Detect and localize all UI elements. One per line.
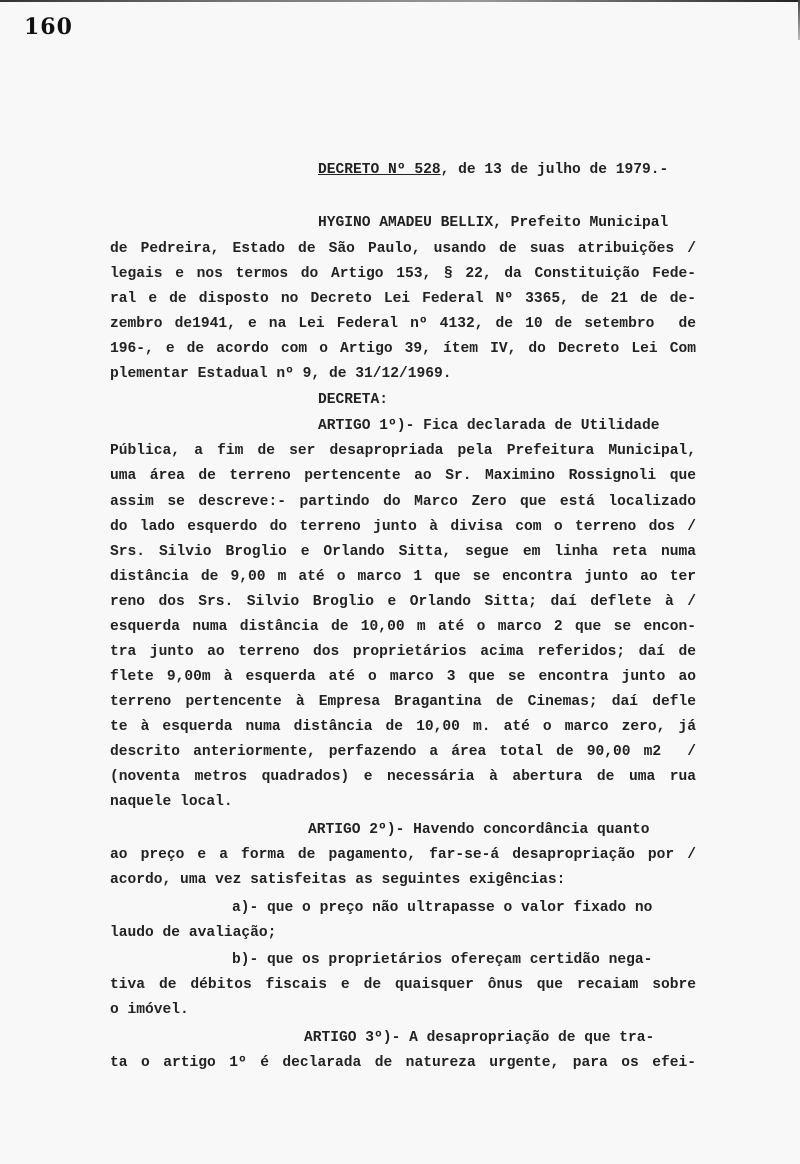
page-number: 160 [24, 14, 73, 40]
article-1-line: distância de 9,00 m até o marco 1 que se… [110, 567, 696, 587]
decree-date: , de 13 de julho de 1979.- [441, 162, 669, 178]
article-1-line: Pública, a fim de ser desapropriada pela… [110, 441, 696, 461]
preamble-line: ral e de disposto no Decreto Lei Federal… [110, 289, 696, 309]
article-1-line: uma área de terreno pertencente ao Sr. M… [110, 466, 696, 486]
preamble-line: 196-, e de acordo com o Artigo 39, ítem … [110, 339, 696, 359]
article-1-line: terreno pertencente à Empresa Bragantina… [110, 692, 696, 712]
preamble-line: HYGINO AMADEU BELLIX, Prefeito Municipal [318, 213, 668, 233]
decree-title: DECRETO Nº 528, de 13 de julho de 1979.- [318, 162, 668, 178]
article-1-line: tra junto ao terreno dos proprietários a… [110, 642, 696, 662]
article-1-line: assim se descreve:- partindo do Marco Ze… [110, 492, 696, 512]
article-2-item-b-line: o imóvel. [110, 1000, 189, 1020]
article-1-line: (noventa metros quadrados) e necessária … [110, 767, 696, 787]
preamble-line: plementar Estadual nº 9, de 31/12/1969. [110, 364, 452, 384]
article-1-line: esquerda numa distância de 10,00 m até o… [110, 617, 696, 637]
article-2-item-a-line: a)- que o preço não ultrapasse o valor f… [232, 898, 652, 918]
article-1-line: ARTIGO 1º)- Fica declarada de Utilidade [318, 416, 660, 436]
article-2-item-a-line: laudo de avaliação; [110, 923, 276, 943]
decreta-heading: DECRETA: [318, 390, 388, 410]
article-2-line: ao preço e a forma de pagamento, far-se-… [110, 845, 696, 865]
article-2-item-b-line: b)- que os proprietários ofereçam certid… [232, 950, 652, 970]
preamble-line: zembro de1941, e na Lei Federal nº 4132,… [110, 314, 696, 334]
article-3-line: ARTIGO 3º)- A desapropriação de que tra- [304, 1028, 654, 1048]
preamble-line: de Pedreira, Estado de São Paulo, usando… [110, 239, 696, 259]
article-2-line: acordo, uma vez satisfeitas as seguintes… [110, 870, 565, 890]
decree-number: DECRETO Nº 528 [318, 162, 441, 178]
article-3-line: ta o artigo 1º é declarada de natureza u… [110, 1053, 696, 1073]
scan-top-edge [0, 0, 800, 2]
article-1-line: te à esquerda numa distância de 10,00 m.… [110, 717, 696, 737]
article-1-line: reno dos Srs. Silvio Broglio e Orlando S… [110, 592, 696, 612]
preamble-line: legais e nos termos do Artigo 153, § 22,… [110, 264, 696, 284]
article-1-line: do lado esquerdo do terreno junto à divi… [110, 517, 696, 537]
article-1-line: naquele local. [110, 792, 233, 812]
article-2-item-b-line: tiva de débitos fiscais e de quaisquer ô… [110, 975, 696, 995]
article-1-line: flete 9,00m à esquerda até o marco 3 que… [110, 667, 696, 687]
article-2-line: ARTIGO 2º)- Havendo concordância quanto [308, 820, 650, 840]
article-1-line: Srs. Silvio Broglio e Orlando Sitta, seg… [110, 542, 696, 562]
article-1-line: descrito anteriormente, perfazendo a áre… [110, 742, 696, 762]
